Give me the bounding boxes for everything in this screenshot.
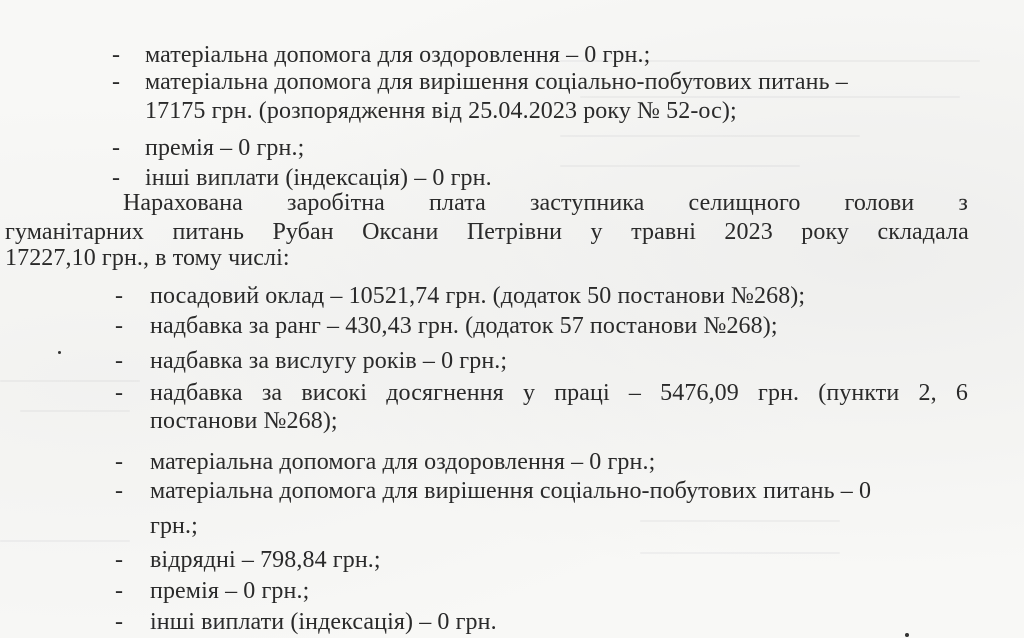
word: селищного <box>689 189 801 217</box>
word: у <box>523 379 535 407</box>
list-item: матеріальна допомога для вирішення соціа… <box>145 68 975 96</box>
bleed-through-mark <box>640 552 840 554</box>
list-marker: - <box>115 546 123 574</box>
word: (пункти <box>818 379 899 407</box>
word: грн. <box>758 379 799 407</box>
word: року <box>801 218 849 246</box>
word: Оксани <box>362 218 438 246</box>
word: плата <box>429 189 486 217</box>
word: заробітна <box>287 189 385 217</box>
list-marker: - <box>115 577 123 605</box>
list-marker: - <box>112 41 120 69</box>
word: гуманітарних <box>5 218 144 246</box>
list-item: матеріальна допомога для оздоровлення – … <box>145 41 650 69</box>
word: досягнення <box>386 379 504 407</box>
list-item: надбавка за вислугу років – 0 грн.; <box>150 347 507 375</box>
list-item: матеріальна допомога для оздоровлення – … <box>150 448 655 476</box>
list-item: надбавказависокідосягненняупраці–5476,09… <box>150 379 968 407</box>
word: з <box>958 189 968 217</box>
list-marker: - <box>112 134 120 162</box>
word: заступника <box>530 189 644 217</box>
word: голови <box>845 189 915 217</box>
list-marker: - <box>115 608 123 636</box>
word: 6 <box>956 379 968 407</box>
list-item: інші виплати (індексація) – 0 грн. <box>145 164 492 192</box>
word: травні <box>631 218 696 246</box>
word: Петрівни <box>467 218 562 246</box>
list-marker: - <box>112 164 120 192</box>
list-item: посадовий оклад – 10521,74 грн. (додаток… <box>150 282 805 310</box>
word: у <box>591 218 603 246</box>
paragraph-line: 17227,10 грн., в тому числі: <box>5 244 290 272</box>
word: Рубан <box>272 218 333 246</box>
list-item: премія – 0 грн.; <box>145 134 304 162</box>
list-marker: - <box>115 448 123 476</box>
paragraph-line: гуманітарнихпитаньРубанОксаниПетрівниутр… <box>5 218 969 246</box>
list-item: премія – 0 грн.; <box>150 577 309 605</box>
list-item-continuation: постанови №268); <box>150 407 338 435</box>
list-item-continuation: грн.; <box>150 512 198 540</box>
word: праці <box>554 379 610 407</box>
list-marker: - <box>115 347 123 375</box>
bleed-through-mark <box>20 410 130 412</box>
word: 5476,09 <box>660 379 739 407</box>
list-item-continuation: 17175 грн. (розпорядження від 25.04.2023… <box>145 97 737 125</box>
list-marker: - <box>115 379 123 407</box>
bleed-through-mark <box>560 135 860 137</box>
list-item: відрядні – 798,84 грн.; <box>150 546 381 574</box>
scan-speck <box>905 633 909 637</box>
bleed-through-mark <box>0 540 130 542</box>
word: 2, <box>919 379 937 407</box>
bleed-through-mark <box>560 165 800 167</box>
word: Нарахована <box>123 189 243 217</box>
word: складала <box>877 218 968 246</box>
list-marker: - <box>115 477 123 505</box>
word: – <box>629 379 641 407</box>
word: за <box>262 379 282 407</box>
list-marker: - <box>115 312 123 340</box>
list-item: матеріальна допомога для вирішення соціа… <box>150 477 871 505</box>
list-marker: - <box>112 68 120 96</box>
bleed-through-mark <box>640 520 840 522</box>
scanned-document-page: - матеріальна допомога для оздоровлення … <box>0 0 1024 638</box>
scan-speck <box>58 351 61 354</box>
word: високі <box>301 379 367 407</box>
word: надбавка <box>150 379 243 407</box>
word: 2023 <box>724 218 772 246</box>
word: питань <box>172 218 244 246</box>
list-item: надбавка за ранг – 430,43 грн. (додаток … <box>150 312 778 340</box>
list-marker: - <box>115 282 123 310</box>
paragraph-line: Нарахованазаробітнаплатазаступникаселищн… <box>123 189 968 217</box>
list-item: інші виплати (індексація) – 0 грн. <box>150 608 497 636</box>
list-item-line: матеріальна допомога для вирішення соціа… <box>145 68 848 96</box>
